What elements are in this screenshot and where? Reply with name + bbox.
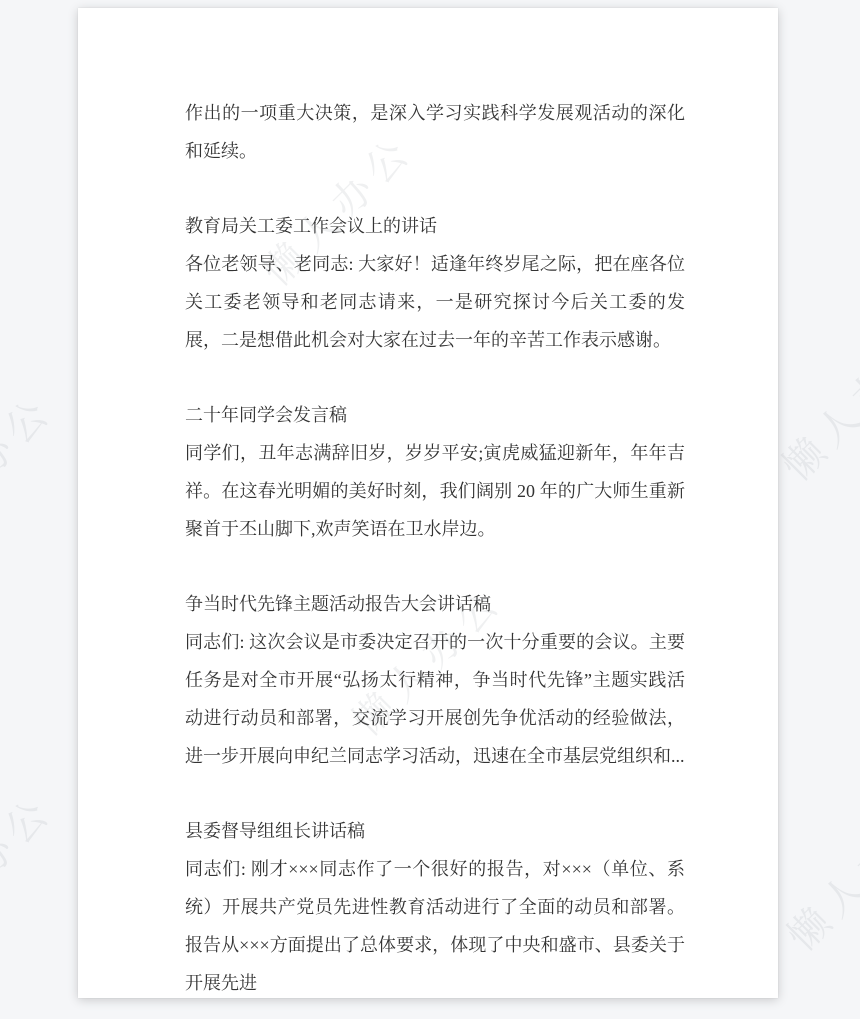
watermark: 懒人办公 <box>768 315 860 491</box>
document-heading: 教育局关工委工作会议上的讲话 <box>185 207 685 245</box>
document-page: 作出的一项重大决策，是深入学习实践科学发展观活动的深化和延续。教育局关工委工作会… <box>78 8 778 998</box>
document-heading: 县委督导组组长讲话稿 <box>185 812 685 850</box>
watermark: 懒人办公 <box>0 380 64 556</box>
document-content: 作出的一项重大决策，是深入学习实践科学发展观活动的深化和延续。教育局关工委工作会… <box>185 94 685 1002</box>
document-paragraph: 各位老领导、老同志: 大家好！适逢年终岁尾之际，把在座各位关工委老领导和老同志请… <box>185 245 685 359</box>
document-paragraph: 同学们，丑年志满辞旧岁，岁岁平安;寅虎威猛迎新年，年年吉祥。在这春光明媚的美好时… <box>185 434 685 548</box>
document-paragraph: 同志们: 刚才×××同志作了一个很好的报告，对×××（单位、系统）开展共产党员先… <box>185 850 685 1002</box>
watermark: 懒人办公 <box>773 785 860 961</box>
page-background: 懒人办公 懒人办公 懒人办公 作出的一项重大决策，是深入学习实践科学发展观活动的… <box>0 0 860 1019</box>
document-heading: 二十年同学会发言稿 <box>185 396 685 434</box>
document-paragraph: 同志们: 这次会议是市委决定召开的一次十分重要的会议。主要任务是对全市开展“弘扬… <box>185 623 685 775</box>
document-paragraph: 作出的一项重大决策，是深入学习实践科学发展观活动的深化和延续。 <box>185 94 685 170</box>
watermark: 懒人办公 <box>0 780 64 956</box>
document-heading: 争当时代先锋主题活动报告大会讲话稿 <box>185 585 685 623</box>
